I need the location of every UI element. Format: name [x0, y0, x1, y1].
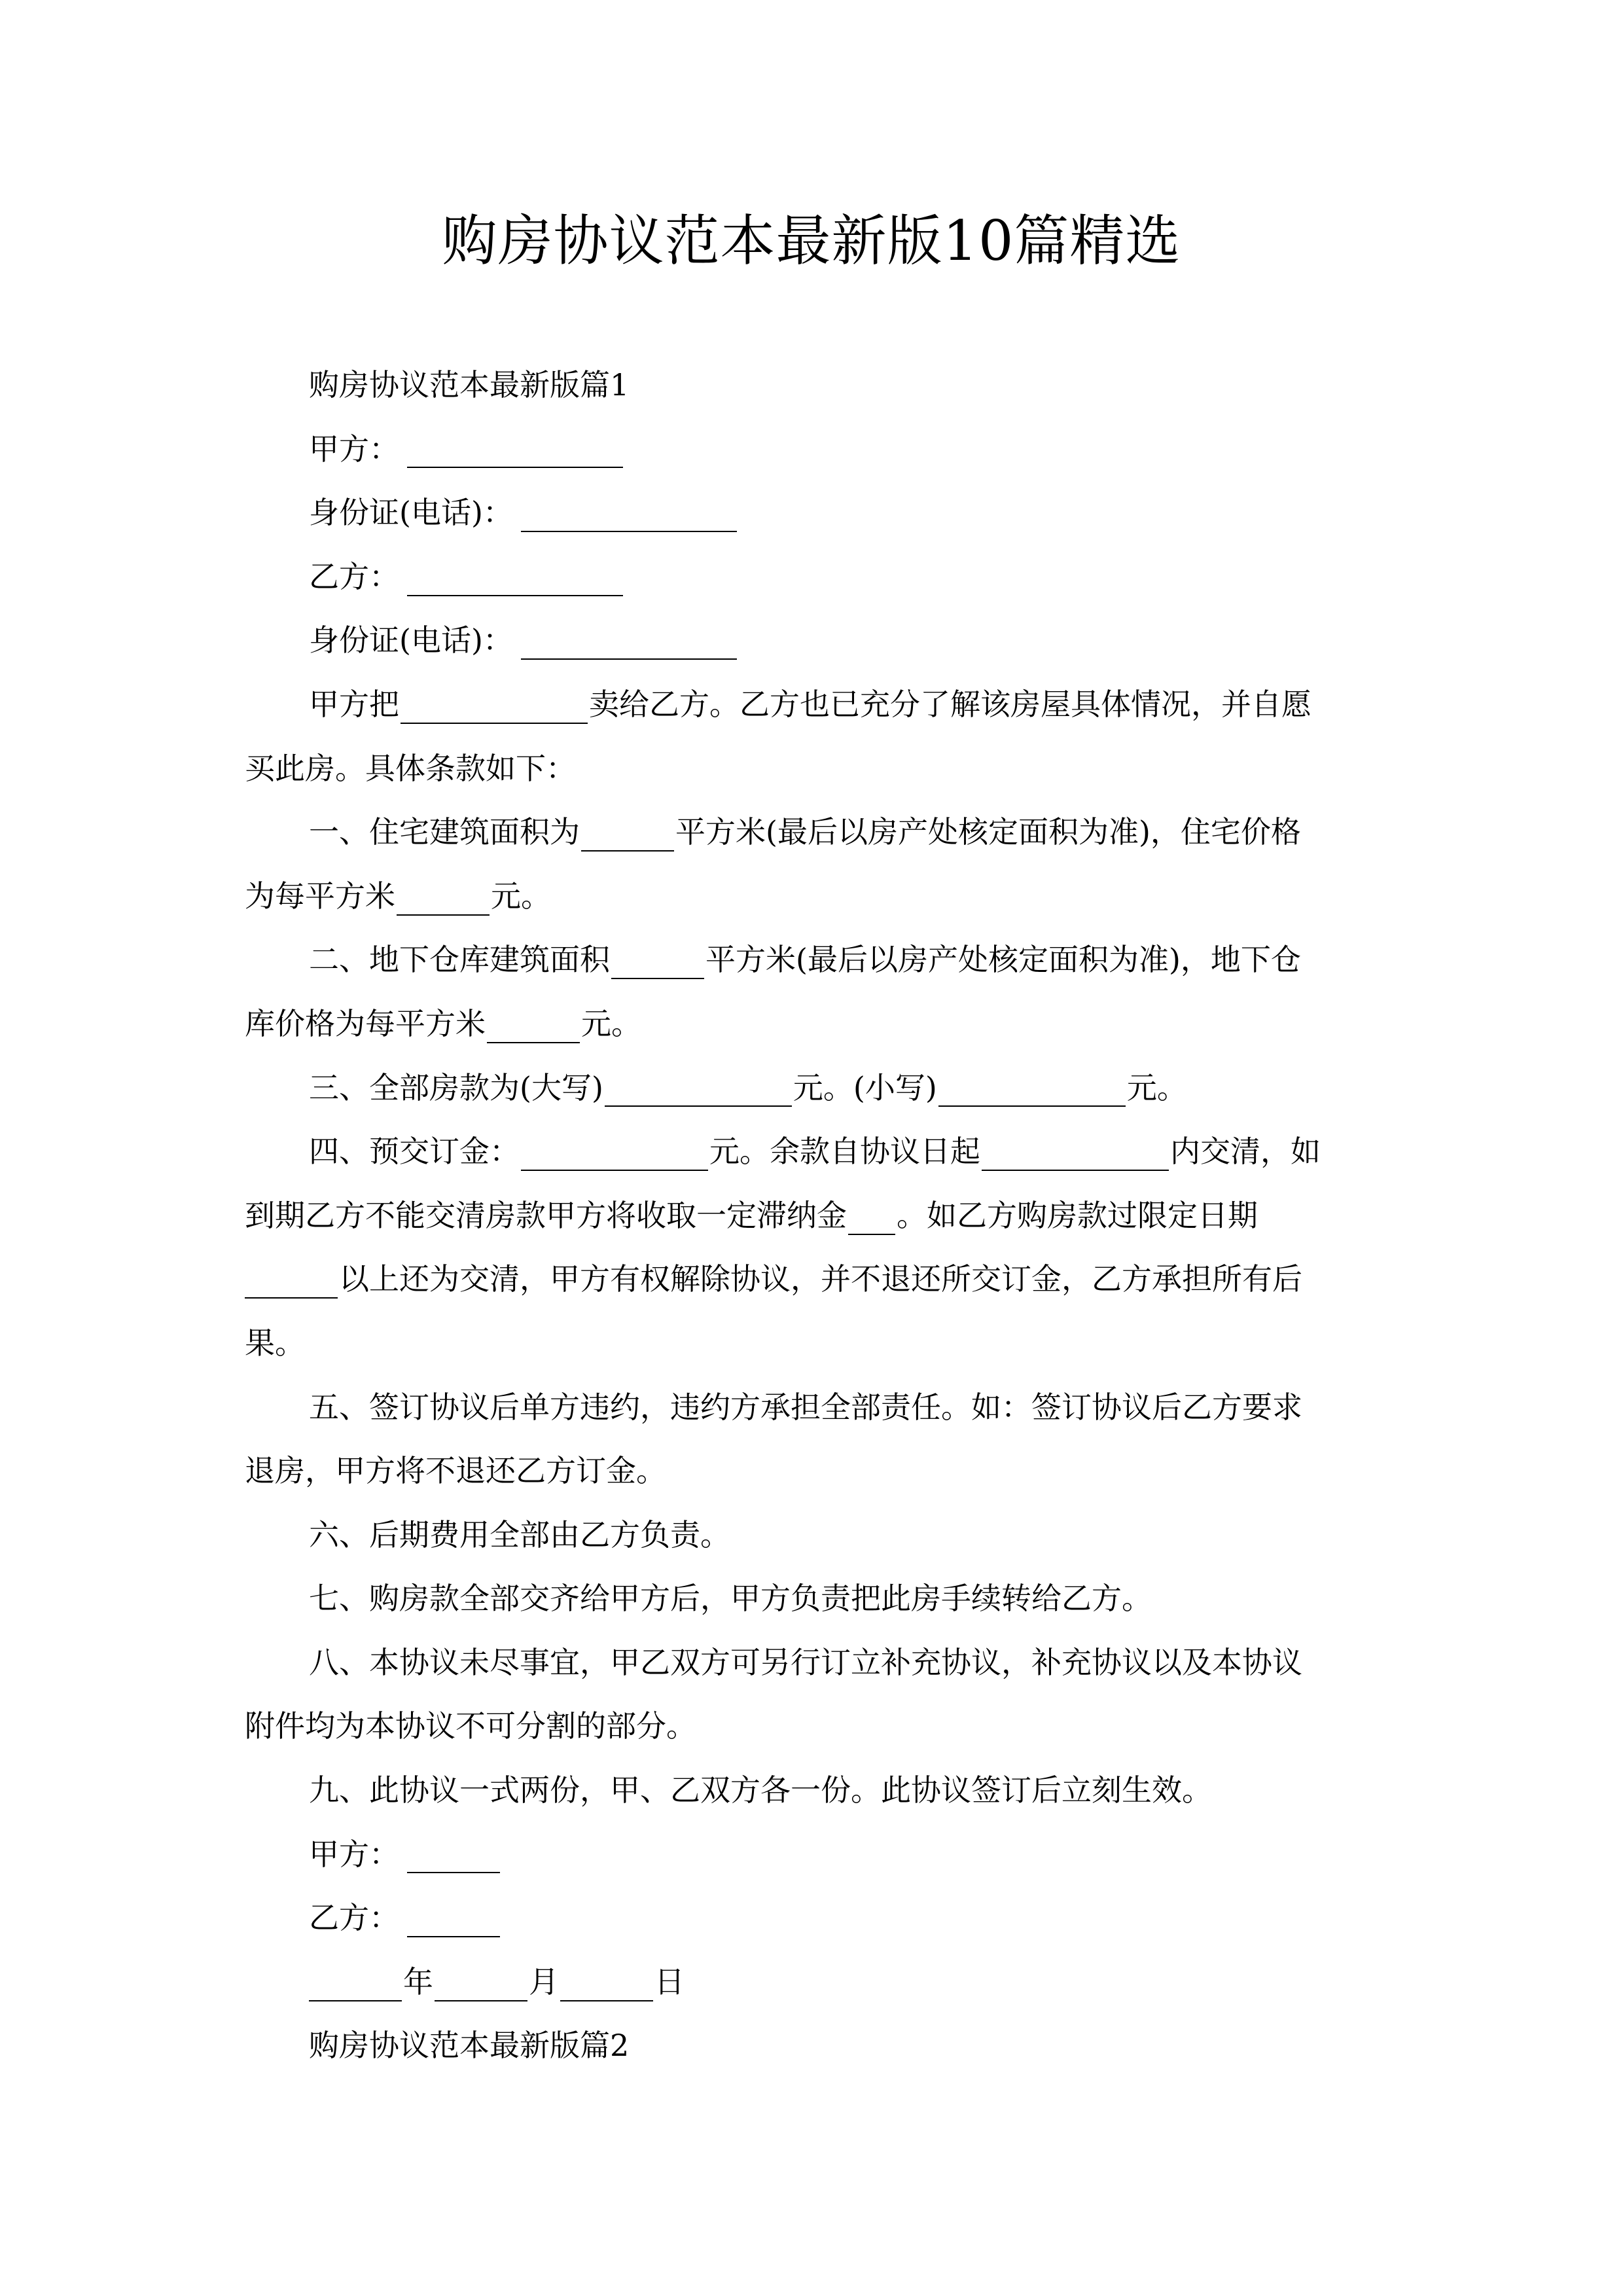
- year-blank[interactable]: [309, 1971, 402, 2001]
- section-heading-2: 购房协议范本最新版篇2: [245, 2014, 1383, 2078]
- party-b-id-row: 身份证(电话)：: [245, 609, 1383, 673]
- clause-4-text-5: 。如乙方购房款过限定日期: [897, 1184, 1258, 1248]
- clause-3-text-2: 元。(小写): [793, 1056, 937, 1121]
- sign-party-a-row: 甲方：: [245, 1823, 1383, 1887]
- payment-deadline-blank[interactable]: [982, 1141, 1169, 1171]
- party-a-id-row: 身份证(电话)：: [245, 481, 1383, 545]
- clause-8-text-2: 附件均为本协议不可分割的部分。: [245, 1695, 696, 1759]
- clause-9-text: 九、此协议一式两份，甲、乙双方各一份。此协议签订后立刻生效。: [309, 1759, 1212, 1823]
- property-blank[interactable]: [401, 694, 588, 724]
- party-b-row: 乙方：: [245, 545, 1383, 609]
- document-page: 购房协议范本最新版10篇精选 购房协议范本最新版篇1 甲方： 身份证(电话)： …: [0, 0, 1623, 2296]
- sign-party-b-blank[interactable]: [407, 1907, 500, 1937]
- storage-area-blank[interactable]: [611, 949, 704, 979]
- clause-2-line-2: 库价格为每平方米 元。: [245, 992, 1383, 1056]
- clause-1-line-1: 一、住宅建筑面积为 平方米(最后以房产处核定面积为准)，住宅价格: [245, 800, 1383, 865]
- section-heading-text: 购房协议范本最新版篇2: [309, 2014, 629, 2078]
- year-label: 年: [403, 1950, 433, 2015]
- sign-party-b-row: 乙方：: [245, 1886, 1383, 1950]
- late-fee-blank[interactable]: [848, 1205, 895, 1235]
- intro-line-2: 买此房。具体条款如下：: [245, 737, 1383, 801]
- clause-4-text-2: 元。余款自协议日起: [709, 1120, 980, 1184]
- document-title: 购房协议范本最新版10篇精选: [0, 208, 1623, 274]
- clause-9-line: 九、此协议一式两份，甲、乙双方各一份。此协议签订后立刻生效。: [245, 1759, 1383, 1823]
- sign-party-a-label: 甲方：: [309, 1823, 399, 1887]
- clause-4-text-6: 以上还为交清，甲方有权解除协议，并不退还所交订金，乙方承担所有后: [339, 1247, 1302, 1312]
- storage-price-blank[interactable]: [487, 1013, 580, 1043]
- section-heading-1: 购房协议范本最新版篇1: [245, 353, 1383, 418]
- clause-4-text-3: 内交清，如: [1170, 1120, 1321, 1184]
- party-a-label: 甲方：: [309, 418, 399, 482]
- total-price-numeric-blank[interactable]: [938, 1077, 1126, 1107]
- month-blank[interactable]: [435, 1971, 527, 2001]
- clause-8-text-1: 八、本协议未尽事宜，甲乙双方可另行订立补充协议，补充协议以及本协议: [309, 1631, 1302, 1695]
- intro-line-1: 甲方把 卖给乙方。乙方也已充分了解该房屋具体情况，并自愿: [245, 673, 1383, 737]
- sign-party-a-blank[interactable]: [407, 1843, 500, 1873]
- clause-7-line: 七、购房款全部交齐给甲方后，甲方负责把此房手续转给乙方。: [245, 1567, 1383, 1631]
- clause-2-text-4: 元。: [581, 992, 641, 1056]
- date-row: 年 月 日: [245, 1950, 1383, 2015]
- clause-1-line-2: 为每平方米 元。: [245, 865, 1383, 929]
- clause-1-text-3: 为每平方米: [245, 865, 395, 929]
- residence-price-blank[interactable]: [397, 886, 490, 916]
- clause-4-line-3: 以上还为交清，甲方有权解除协议，并不退还所交订金，乙方承担所有后: [245, 1247, 1383, 1312]
- total-price-capital-blank[interactable]: [605, 1077, 792, 1107]
- clause-4-text-4: 到期乙方不能交清房款甲方将收取一定滞纳金: [245, 1184, 847, 1248]
- clause-1-text-4: 元。: [491, 865, 551, 929]
- section-heading-text: 购房协议范本最新版篇1: [309, 353, 629, 418]
- clause-3-text-1: 三、全部房款为(大写): [309, 1056, 603, 1121]
- clause-4-text-7: 果。: [245, 1312, 305, 1376]
- clause-6-line: 六、后期费用全部由乙方负责。: [245, 1503, 1383, 1568]
- party-b-blank[interactable]: [407, 566, 623, 596]
- residence-area-blank[interactable]: [581, 821, 674, 852]
- party-b-label: 乙方：: [309, 545, 399, 609]
- clause-6-text: 六、后期费用全部由乙方负责。: [309, 1503, 730, 1568]
- intro-text-1: 甲方把: [309, 673, 399, 737]
- clause-5-text-2: 退房，甲方将不退还乙方订金。: [245, 1439, 666, 1503]
- clause-3-line-1: 三、全部房款为(大写) 元。(小写) 元。: [245, 1056, 1383, 1121]
- clause-5-line-1: 五、签订协议后单方违约，违约方承担全部责任。如：签订协议后乙方要求: [245, 1376, 1383, 1440]
- clause-4-text-1: 四、预交订金：: [309, 1120, 520, 1184]
- sign-party-b-label: 乙方：: [309, 1886, 399, 1950]
- clause-2-text-3: 库价格为每平方米: [245, 992, 486, 1056]
- clause-5-line-2: 退房，甲方将不退还乙方订金。: [245, 1439, 1383, 1503]
- intro-text-3: 买此房。具体条款如下：: [245, 737, 576, 801]
- party-b-id-label: 身份证(电话)：: [309, 609, 513, 673]
- party-a-id-blank[interactable]: [521, 502, 737, 532]
- day-label: 日: [654, 1950, 685, 2015]
- clause-5-text-1: 五、签订协议后单方违约，违约方承担全部责任。如：签订协议后乙方要求: [309, 1376, 1302, 1440]
- party-a-blank[interactable]: [407, 438, 623, 468]
- clause-2-text-2: 平方米(最后以房产处核定面积为准)，地下仓: [705, 928, 1301, 992]
- clause-1-text-2: 平方米(最后以房产处核定面积为准)，住宅价格: [675, 800, 1301, 865]
- day-blank[interactable]: [560, 1971, 653, 2001]
- deposit-blank[interactable]: [521, 1141, 708, 1171]
- intro-text-2: 卖给乙方。乙方也已充分了解该房屋具体情况，并自愿: [589, 673, 1311, 737]
- clause-8-line-2: 附件均为本协议不可分割的部分。: [245, 1695, 1383, 1759]
- clause-2-text-1: 二、地下仓库建筑面积: [309, 928, 610, 992]
- party-b-id-blank[interactable]: [521, 630, 737, 660]
- document-body: 购房协议范本最新版篇1 甲方： 身份证(电话)： 乙方： 身份证(电话)： 甲方…: [245, 353, 1383, 2078]
- clause-4-line-1: 四、预交订金： 元。余款自协议日起 内交清，如: [245, 1120, 1383, 1184]
- party-a-row: 甲方：: [245, 418, 1383, 482]
- clause-2-line-1: 二、地下仓库建筑面积 平方米(最后以房产处核定面积为准)，地下仓: [245, 928, 1383, 992]
- clause-8-line-1: 八、本协议未尽事宜，甲乙双方可另行订立补充协议，补充协议以及本协议: [245, 1631, 1383, 1695]
- clause-3-text-3: 元。: [1127, 1056, 1187, 1121]
- overdue-period-blank[interactable]: [245, 1268, 338, 1299]
- clause-7-text: 七、购房款全部交齐给甲方后，甲方负责把此房手续转给乙方。: [309, 1567, 1152, 1631]
- clause-1-text-1: 一、住宅建筑面积为: [309, 800, 580, 865]
- clause-4-line-4: 果。: [245, 1312, 1383, 1376]
- party-a-id-label: 身份证(电话)：: [309, 481, 513, 545]
- clause-4-line-2: 到期乙方不能交清房款甲方将收取一定滞纳金 。如乙方购房款过限定日期: [245, 1184, 1383, 1248]
- month-label: 月: [529, 1950, 559, 2015]
